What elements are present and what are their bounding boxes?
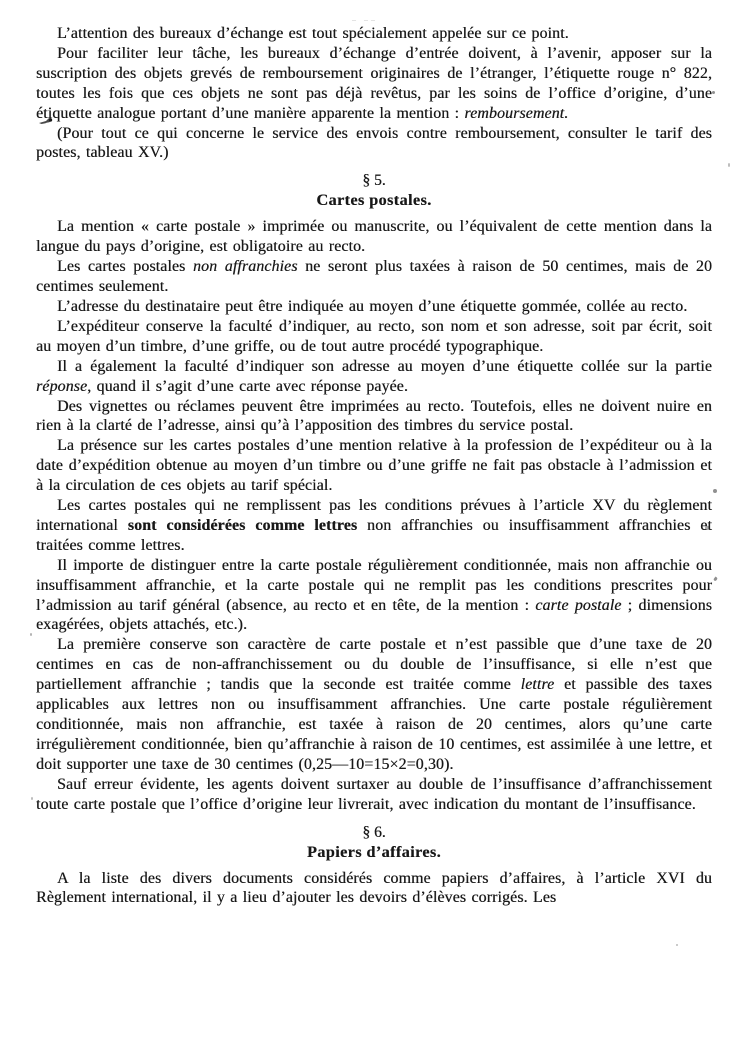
text-segment: , quand il s’agit d’une carte avec répon… <box>87 378 408 395</box>
paragraph: L’adresse du destinataire peut être indi… <box>36 297 712 317</box>
section-number: § 6. <box>36 824 712 842</box>
paragraph: (Pour tout ce qui concerne le service de… <box>36 124 712 164</box>
section-title: Cartes postales. <box>36 191 712 210</box>
paragraph: L’expéditeur conserve la faculté d’indiq… <box>36 317 712 357</box>
text-segment: L’expéditeur conserve la faculté d’indiq… <box>36 318 712 355</box>
paragraph: Des vignettes ou réclames peuvent être i… <box>36 397 712 437</box>
text-segment: Pour faciliter leur tâche, les bureaux d… <box>36 45 712 122</box>
text-segment: sont considérées comme lettres <box>128 517 357 534</box>
paragraph: Pour faciliter leur tâche, les bureaux d… <box>36 44 712 124</box>
text-segment: remboursement. <box>464 105 568 122</box>
text-segment: Il a également la faculté d’indiquer son… <box>57 358 712 375</box>
text-segment: lettre <box>521 676 555 693</box>
text-segment: (Pour tout ce qui concerne le service de… <box>36 125 712 162</box>
section-number: § 5. <box>36 172 712 190</box>
text-segment: réponse <box>36 378 87 395</box>
paragraph: Il importe de distinguer entre la carte … <box>36 556 712 636</box>
text-segment: A la liste des divers documents considér… <box>36 870 712 907</box>
paragraph: A la liste des divers documents considér… <box>36 869 712 909</box>
paragraph: Les cartes postales qui ne remplissent p… <box>36 496 712 556</box>
page-sheet: L’attention des bureaux d’échange est to… <box>0 0 750 1050</box>
text-segment: Les cartes postales <box>57 258 193 275</box>
text-segment: L’attention des bureaux d’échange est to… <box>57 25 569 42</box>
paragraph: Les cartes postales non affranchies ne s… <box>36 257 712 297</box>
text-segment: L’adresse du destinataire peut être indi… <box>57 298 687 315</box>
document-body: L’attention des bureaux d’échange est to… <box>36 24 712 908</box>
text-segment: La présence sur les cartes postales d’un… <box>36 437 712 494</box>
paragraph: La première conserve son caractère de ca… <box>36 635 712 774</box>
text-segment: Sauf erreur évidente, les agents doivent… <box>36 776 712 813</box>
text-segment: carte postale <box>535 597 621 614</box>
paragraph: Il a également la faculté d’indiquer son… <box>36 357 712 397</box>
paragraph: Sauf erreur évidente, les agents doivent… <box>36 775 712 815</box>
paragraph: La mention « carte postale » imprimée ou… <box>36 217 712 257</box>
paragraph: L’attention des bureaux d’échange est to… <box>36 24 712 44</box>
paragraph: La présence sur les cartes postales d’un… <box>36 436 712 496</box>
text-segment: Des vignettes ou réclames peuvent être i… <box>36 398 712 435</box>
text-segment: La mention « carte postale » imprimée ou… <box>36 218 712 255</box>
section-title: Papiers d’affaires. <box>36 843 712 862</box>
text-segment: non affranchies <box>193 258 298 275</box>
